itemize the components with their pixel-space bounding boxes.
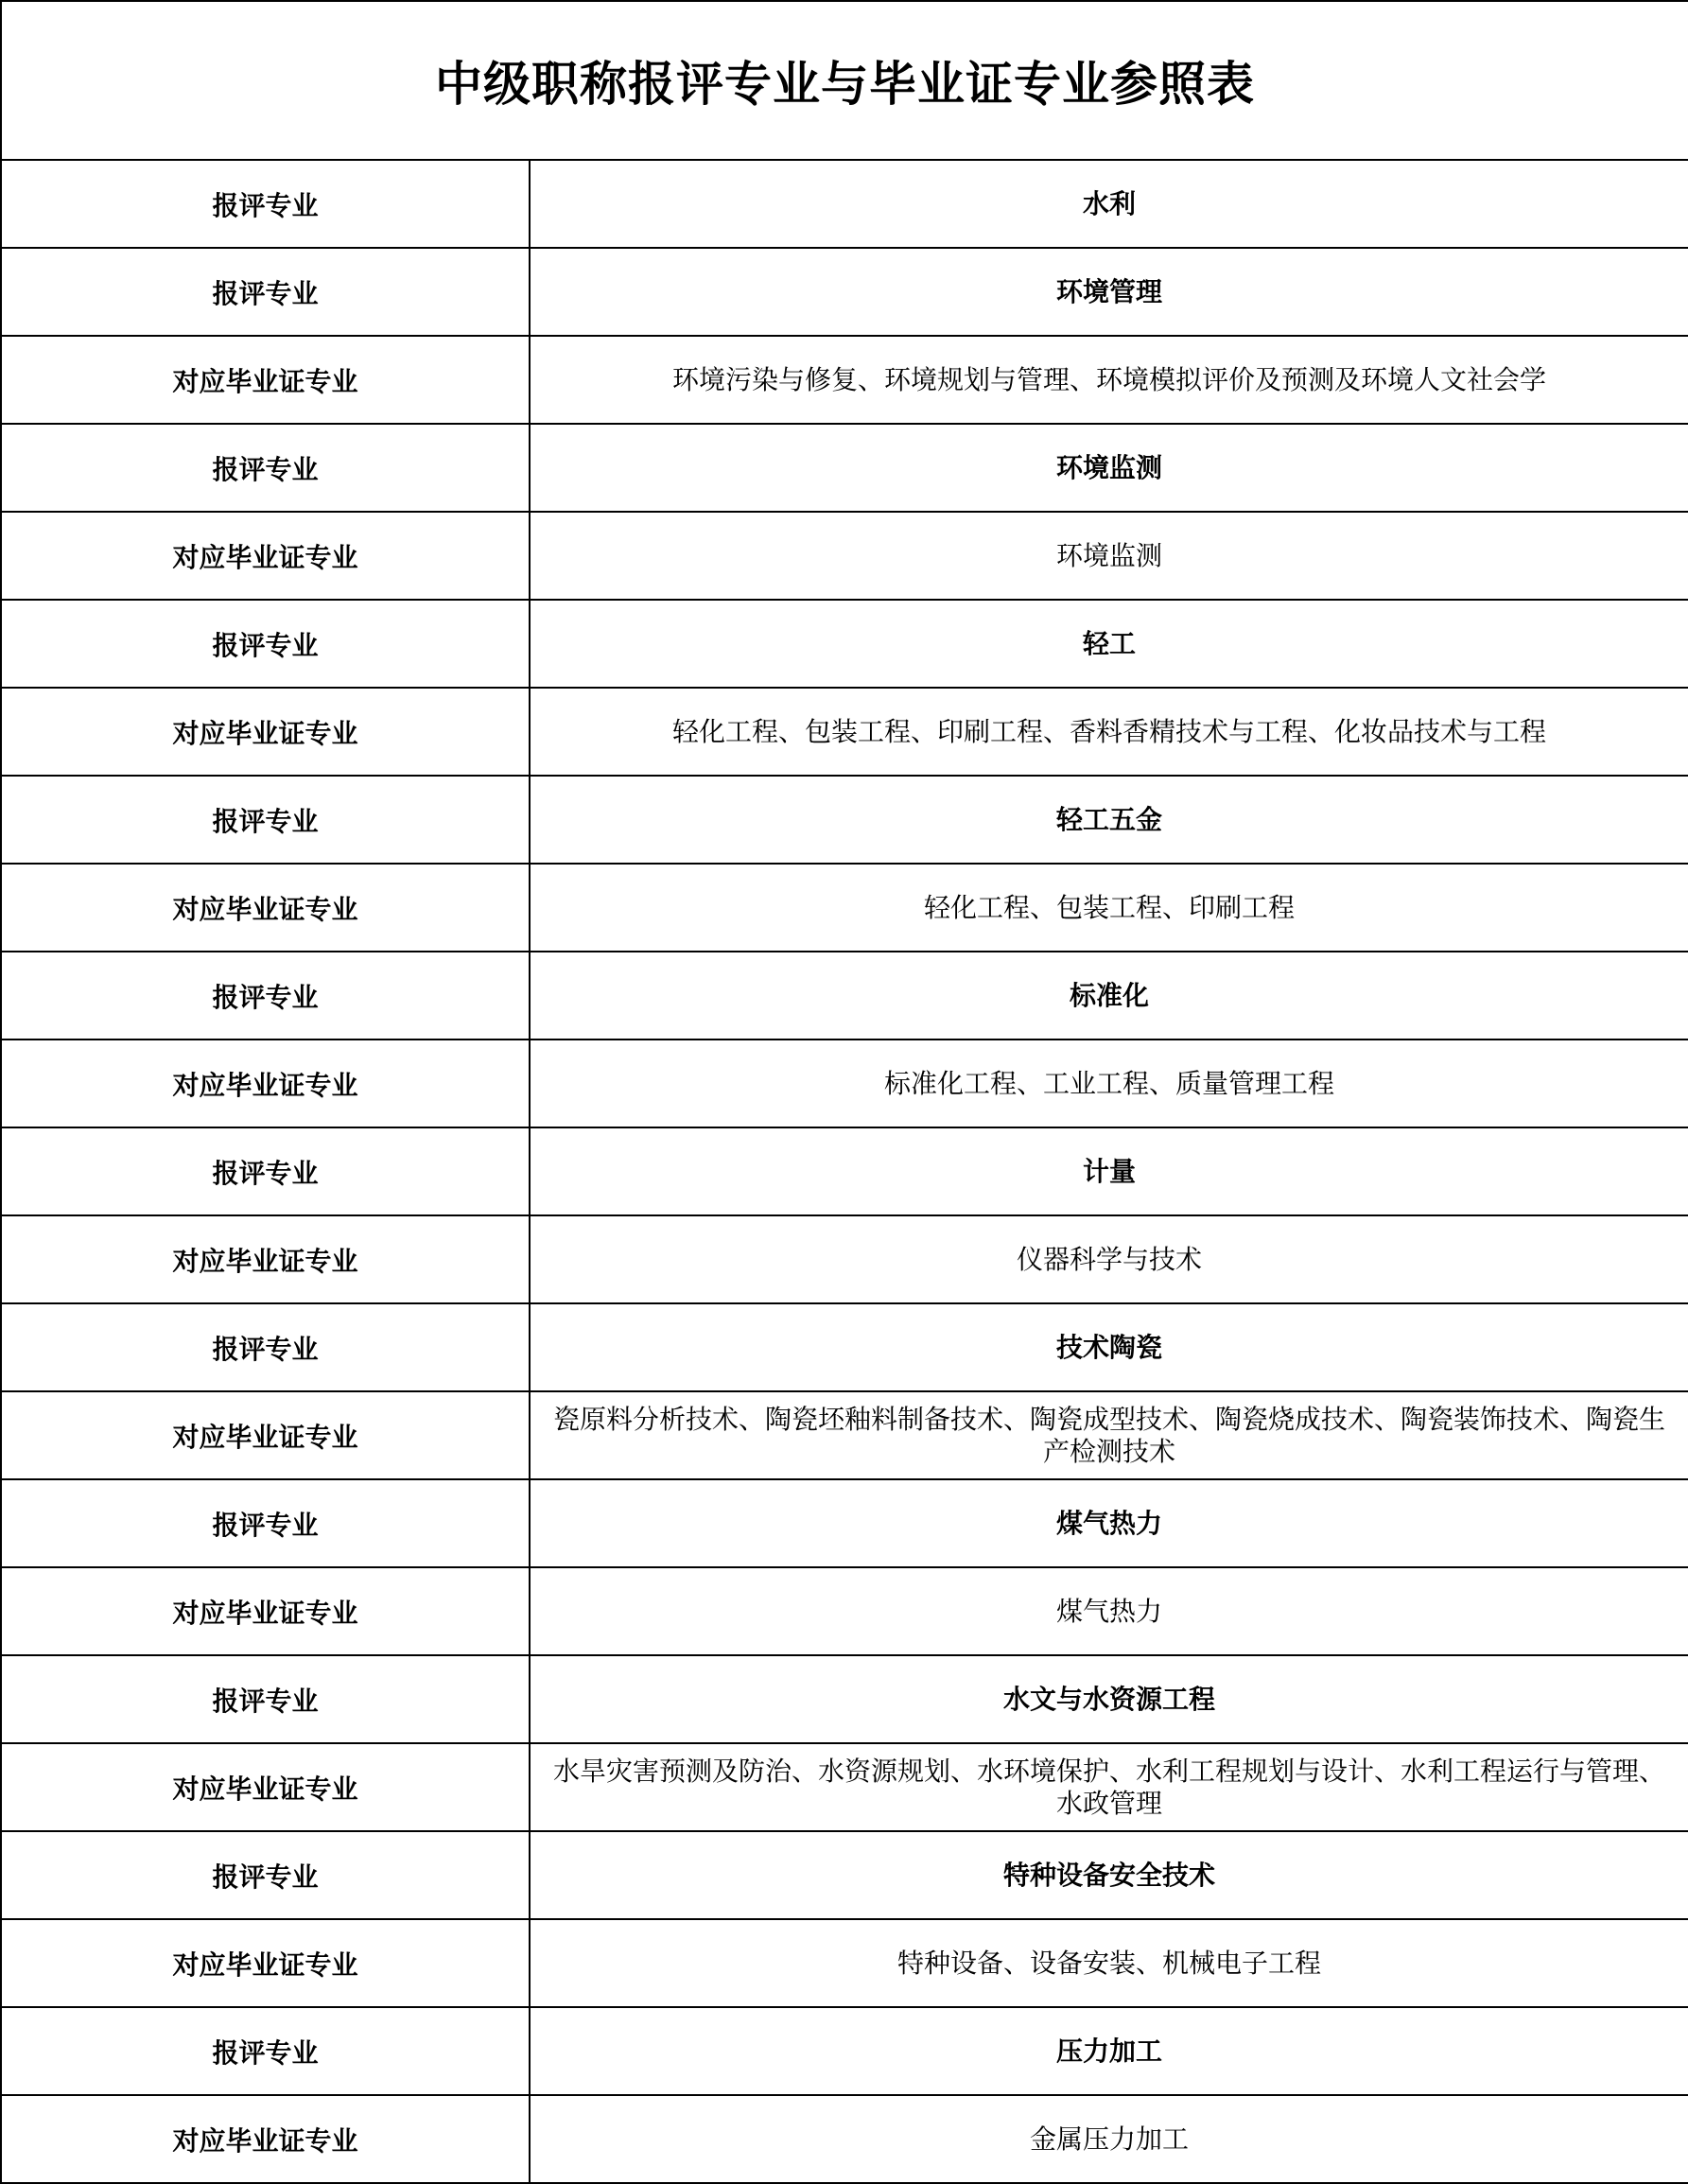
- table-row-major: 报评专业轻工: [2, 601, 1688, 689]
- table-row-degree: 对应毕业证专业环境污染与修复、环境规划与管理、环境模拟评价及预测及环境人文社会学: [2, 337, 1688, 425]
- row-label-cell: 对应毕业证专业: [2, 513, 531, 599]
- degree-majors-cell: 水旱灾害预测及防治、水资源规划、水环境保护、水利工程规划与设计、水利工程运行与管…: [531, 1744, 1688, 1830]
- row-label-cell: 报评专业: [2, 952, 531, 1039]
- row-label-cell: 对应毕业证专业: [2, 337, 531, 423]
- major-name-cell: 轻工五金: [531, 777, 1688, 863]
- major-name-cell: 特种设备安全技术: [531, 1832, 1688, 1918]
- degree-majors-cell: 环境污染与修复、环境规划与管理、环境模拟评价及预测及环境人文社会学: [531, 337, 1688, 423]
- table-row-degree: 对应毕业证专业金属压力加工: [2, 2096, 1688, 2182]
- major-name-cell: 计量: [531, 1128, 1688, 1214]
- row-label-cell: 对应毕业证专业: [2, 2096, 531, 2182]
- table-row-major: 报评专业水利: [2, 161, 1688, 249]
- degree-majors-cell: 环境监测: [531, 513, 1688, 599]
- table-row-major: 报评专业轻工五金: [2, 777, 1688, 865]
- table-body: 报评专业水利报评专业环境管理对应毕业证专业环境污染与修复、环境规划与管理、环境模…: [2, 161, 1688, 2182]
- major-name-cell: 轻工: [531, 601, 1688, 687]
- title-row: 中级职称报评专业与毕业证专业参照表: [2, 2, 1688, 161]
- row-label-cell: 报评专业: [2, 601, 531, 687]
- degree-majors-cell: 煤气热力: [531, 1568, 1688, 1654]
- degree-majors-cell: 轻化工程、包装工程、印刷工程、香料香精技术与工程、化妆品技术与工程: [531, 689, 1688, 775]
- table-row-major: 报评专业计量: [2, 1128, 1688, 1216]
- degree-majors-cell: 标准化工程、工业工程、质量管理工程: [531, 1040, 1688, 1127]
- table-row-major: 报评专业特种设备安全技术: [2, 1832, 1688, 1920]
- major-name-cell: 压力加工: [531, 2008, 1688, 2094]
- row-label-cell: 报评专业: [2, 249, 531, 335]
- table-row-degree: 对应毕业证专业瓷原料分析技术、陶瓷坯釉料制备技术、陶瓷成型技术、陶瓷烧成技术、陶…: [2, 1392, 1688, 1480]
- table-row-degree: 对应毕业证专业仪器科学与技术: [2, 1216, 1688, 1304]
- row-label-cell: 对应毕业证专业: [2, 1920, 531, 2006]
- table-row-degree: 对应毕业证专业水旱灾害预测及防治、水资源规划、水环境保护、水利工程规划与设计、水…: [2, 1744, 1688, 1832]
- row-label-cell: 对应毕业证专业: [2, 865, 531, 951]
- table-row-major: 报评专业压力加工: [2, 2008, 1688, 2096]
- table-row-degree: 对应毕业证专业环境监测: [2, 513, 1688, 601]
- major-name-cell: 标准化: [531, 952, 1688, 1039]
- table-row-major: 报评专业技术陶瓷: [2, 1304, 1688, 1392]
- degree-majors-cell: 瓷原料分析技术、陶瓷坯釉料制备技术、陶瓷成型技术、陶瓷烧成技术、陶瓷装饰技术、陶…: [531, 1392, 1688, 1478]
- table-row-degree: 对应毕业证专业轻化工程、包装工程、印刷工程、香料香精技术与工程、化妆品技术与工程: [2, 689, 1688, 777]
- table-row-major: 报评专业水文与水资源工程: [2, 1656, 1688, 1744]
- row-label-cell: 报评专业: [2, 1128, 531, 1214]
- major-name-cell: 环境管理: [531, 249, 1688, 335]
- table-row-major: 报评专业标准化: [2, 952, 1688, 1040]
- row-label-cell: 对应毕业证专业: [2, 1568, 531, 1654]
- row-label-cell: 报评专业: [2, 1656, 531, 1742]
- major-name-cell: 水利: [531, 161, 1688, 247]
- row-label-cell: 报评专业: [2, 161, 531, 247]
- table-row-degree: 对应毕业证专业轻化工程、包装工程、印刷工程: [2, 865, 1688, 952]
- reference-table: 中级职称报评专业与毕业证专业参照表 报评专业水利报评专业环境管理对应毕业证专业环…: [0, 0, 1688, 2184]
- table-row-degree: 对应毕业证专业特种设备、设备安装、机械电子工程: [2, 1920, 1688, 2008]
- degree-majors-cell: 金属压力加工: [531, 2096, 1688, 2182]
- row-label-cell: 报评专业: [2, 777, 531, 863]
- table-row-major: 报评专业环境管理: [2, 249, 1688, 337]
- row-label-cell: 对应毕业证专业: [2, 689, 531, 775]
- row-label-cell: 对应毕业证专业: [2, 1040, 531, 1127]
- row-label-cell: 报评专业: [2, 1304, 531, 1390]
- row-label-cell: 报评专业: [2, 1480, 531, 1566]
- row-label-cell: 报评专业: [2, 425, 531, 511]
- table-row-degree: 对应毕业证专业标准化工程、工业工程、质量管理工程: [2, 1040, 1688, 1128]
- degree-majors-cell: 轻化工程、包装工程、印刷工程: [531, 865, 1688, 951]
- major-name-cell: 环境监测: [531, 425, 1688, 511]
- major-name-cell: 水文与水资源工程: [531, 1656, 1688, 1742]
- table-row-major: 报评专业煤气热力: [2, 1480, 1688, 1568]
- row-label-cell: 对应毕业证专业: [2, 1744, 531, 1830]
- row-label-cell: 报评专业: [2, 1832, 531, 1918]
- row-label-cell: 对应毕业证专业: [2, 1392, 531, 1478]
- table-row-major: 报评专业环境监测: [2, 425, 1688, 513]
- document-title: 中级职称报评专业与毕业证专业参照表: [435, 46, 1255, 114]
- degree-majors-cell: 仪器科学与技术: [531, 1216, 1688, 1302]
- major-name-cell: 煤气热力: [531, 1480, 1688, 1566]
- row-label-cell: 对应毕业证专业: [2, 1216, 531, 1302]
- table-row-degree: 对应毕业证专业煤气热力: [2, 1568, 1688, 1656]
- major-name-cell: 技术陶瓷: [531, 1304, 1688, 1390]
- row-label-cell: 报评专业: [2, 2008, 531, 2094]
- degree-majors-cell: 特种设备、设备安装、机械电子工程: [531, 1920, 1688, 2006]
